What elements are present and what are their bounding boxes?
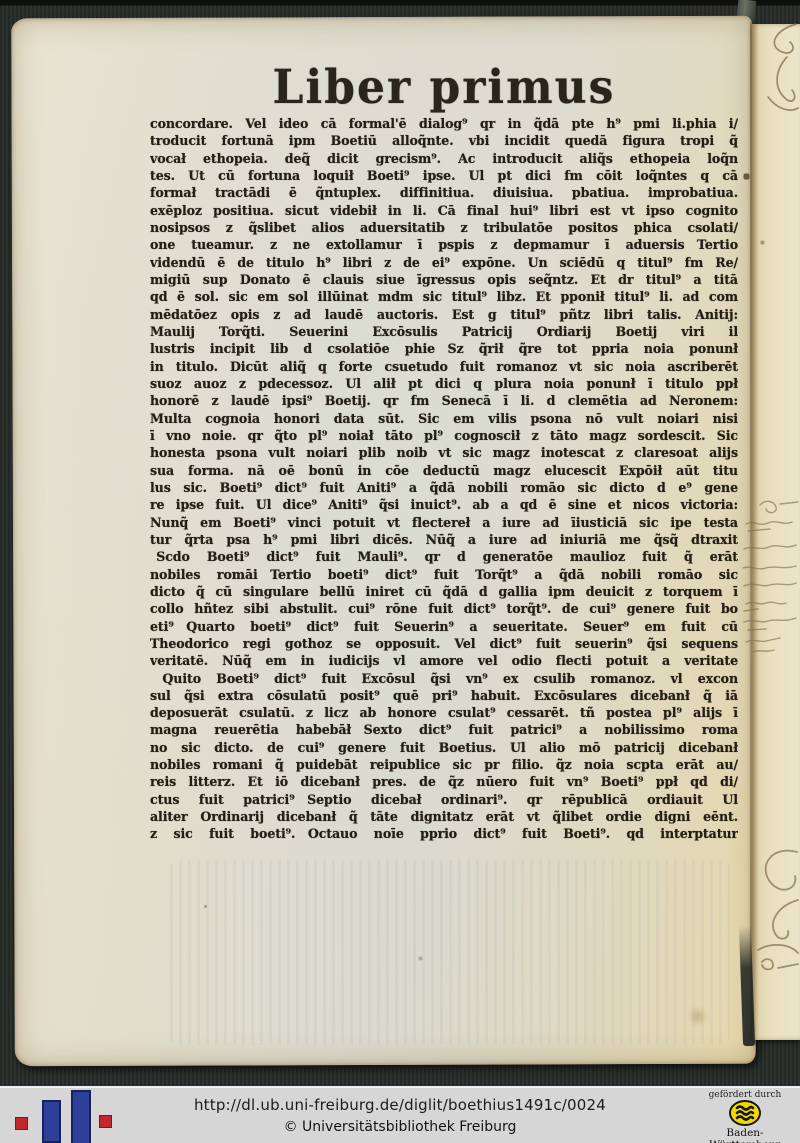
ink-specks <box>0 0 1 1</box>
text-line: formał tractādi ē q̃ntuplex. diffinitiua… <box>150 184 738 201</box>
footer-copyright: © Universitätsbibliothek Freiburg <box>0 1119 800 1135</box>
text-line: no sic dicto. de cui⁹ genere fuit Boetiu… <box>150 739 738 756</box>
persistent-url: http://dl.ub.uni-freiburg.de/diglit/boet… <box>0 1096 800 1114</box>
text-line: lustris incipit lib d csolatiōe phie Sz … <box>150 340 738 357</box>
page-edge-strip <box>752 24 800 1040</box>
funding-block: gefördert durch Baden-Württemberg <box>692 1090 798 1143</box>
text-line: honorē z laudē ipsi⁹ Boetij. qr fm Senec… <box>150 392 738 409</box>
text-line: in titulo. Dicūt aliq̃ q forte csuetudo … <box>150 358 738 375</box>
text-line: reis litterz. Et iō dicebanł pres. de q̃… <box>150 773 738 790</box>
text-line: concordare. Vel ideo cā formal'ē dialog⁹… <box>150 115 738 132</box>
text-line: sul q̃si extra cōsulatū posit⁹ quē pri⁹ … <box>150 687 738 704</box>
text-line: exēploz positiua. sicut videbił in li. C… <box>150 202 738 219</box>
text-line: suoz auoz z pdecessoz. Ul alił pt dici q… <box>150 375 738 392</box>
page-crease <box>750 22 752 1040</box>
text-line: dicto q̃ cū singulare bellū iniret cū q̃… <box>150 583 738 600</box>
text-line: qd ē sol. sic em sol illūinat mdm sic ti… <box>150 288 738 305</box>
text-line: veritatē. Nūq̃ em in iudicijs vl amore v… <box>150 652 738 669</box>
text-line: sua forma. nā oē bonū in cōe deductū mag… <box>150 462 738 479</box>
text-line: one tueamur. z ne extollamur ī pspis z d… <box>150 236 738 253</box>
text-line: deposuerāt csulatū. z licz ab honore csu… <box>150 704 738 721</box>
text-line: lus sic. Boeti⁹ dict⁹ fuit Aniti⁹ a q̃dā… <box>150 479 738 496</box>
text-line: nosipsos z q̃slibet alios aduersitatib z… <box>150 219 738 236</box>
ink-bleed-texture <box>170 860 730 1045</box>
text-line: videndū ē de titulo h⁹ libri z de ei⁹ ex… <box>150 254 738 271</box>
text-line: Nunq̃ em Boeti⁹ vinci potuit vt flectere… <box>150 514 738 531</box>
text-block: concordare. Vel ideo cā formal'ē dialog⁹… <box>150 115 738 843</box>
text-line: z sic fuit boeti⁹. Octauo noīe pprio dic… <box>150 825 738 842</box>
page-title: Liber primus <box>150 60 738 114</box>
text-line: Theodorico regi gothoz se opposuit. Vel … <box>150 635 738 652</box>
footer-bar: http://dl.ub.uni-freiburg.de/diglit/boet… <box>0 1086 800 1143</box>
text-line: collo hñtez sibi abstulit. cui⁹ rōne fui… <box>150 600 738 617</box>
text-line: mēdatōez opis z ad laudē auctoris. Est g… <box>150 306 738 323</box>
text-line: honesta psona vult noiari plib noib vt s… <box>150 444 738 461</box>
text-line: vocał ethopeia. deq̃ dicit grecism⁹. Ac … <box>150 150 738 167</box>
text-line: nobiles romani q̃ puidebāt reipublice si… <box>150 756 738 773</box>
funded-by-label: gefördert durch <box>692 1090 798 1100</box>
text-line: nobiles romāi Tertio boeti⁹ dict⁹ fuit T… <box>150 566 738 583</box>
text-line: Scdo Boeti⁹ dict⁹ fuit Mauli⁹. qr d gene… <box>150 548 738 565</box>
text-line: eti⁹ Quarto boeti⁹ dict⁹ fuit Seuerin⁹ a… <box>150 618 738 635</box>
text-line: aliter Ordinarij dicebanł q̃ tāte dignit… <box>150 808 738 825</box>
text-line: ctus fuit patrici⁹ Septio dicebał ordina… <box>150 791 738 808</box>
baden-wuerttemberg-coat-of-arms-icon <box>728 1100 762 1126</box>
text-line: migiū sup Donato ē clauis siue īgressus … <box>150 271 738 288</box>
text-line: tur q̃rta psa h⁹ pmi libri dicēs. Nūq̃ a… <box>150 531 738 548</box>
text-line: troducit fortunā ipm Boetiū alloq̃nte. v… <box>150 132 738 149</box>
text-line: tes. Ut cū fortuna loquił Boeti⁹ ipse. U… <box>150 167 738 184</box>
funder-label: Baden-Württemberg <box>692 1127 798 1143</box>
text-line: Multa cognoia honori data sūt. Sic em vi… <box>150 410 738 427</box>
text-line: ī vno noie. qr q̃to pl⁹ noiał tāto pl⁹ c… <box>150 427 738 444</box>
text-line: magna reuerētia habebāł Sexto dict⁹ fuit… <box>150 721 738 738</box>
text-line: Quito Boeti⁹ dict⁹ fuit Excōsul q̃si vn⁹… <box>150 670 738 687</box>
text-line: Maulij Torq̃ti. Seuerini Excōsulis Patri… <box>150 323 738 340</box>
text-line: re ipse fuit. Ul dice⁹ Aniti⁹ q̃si inuic… <box>150 496 738 513</box>
